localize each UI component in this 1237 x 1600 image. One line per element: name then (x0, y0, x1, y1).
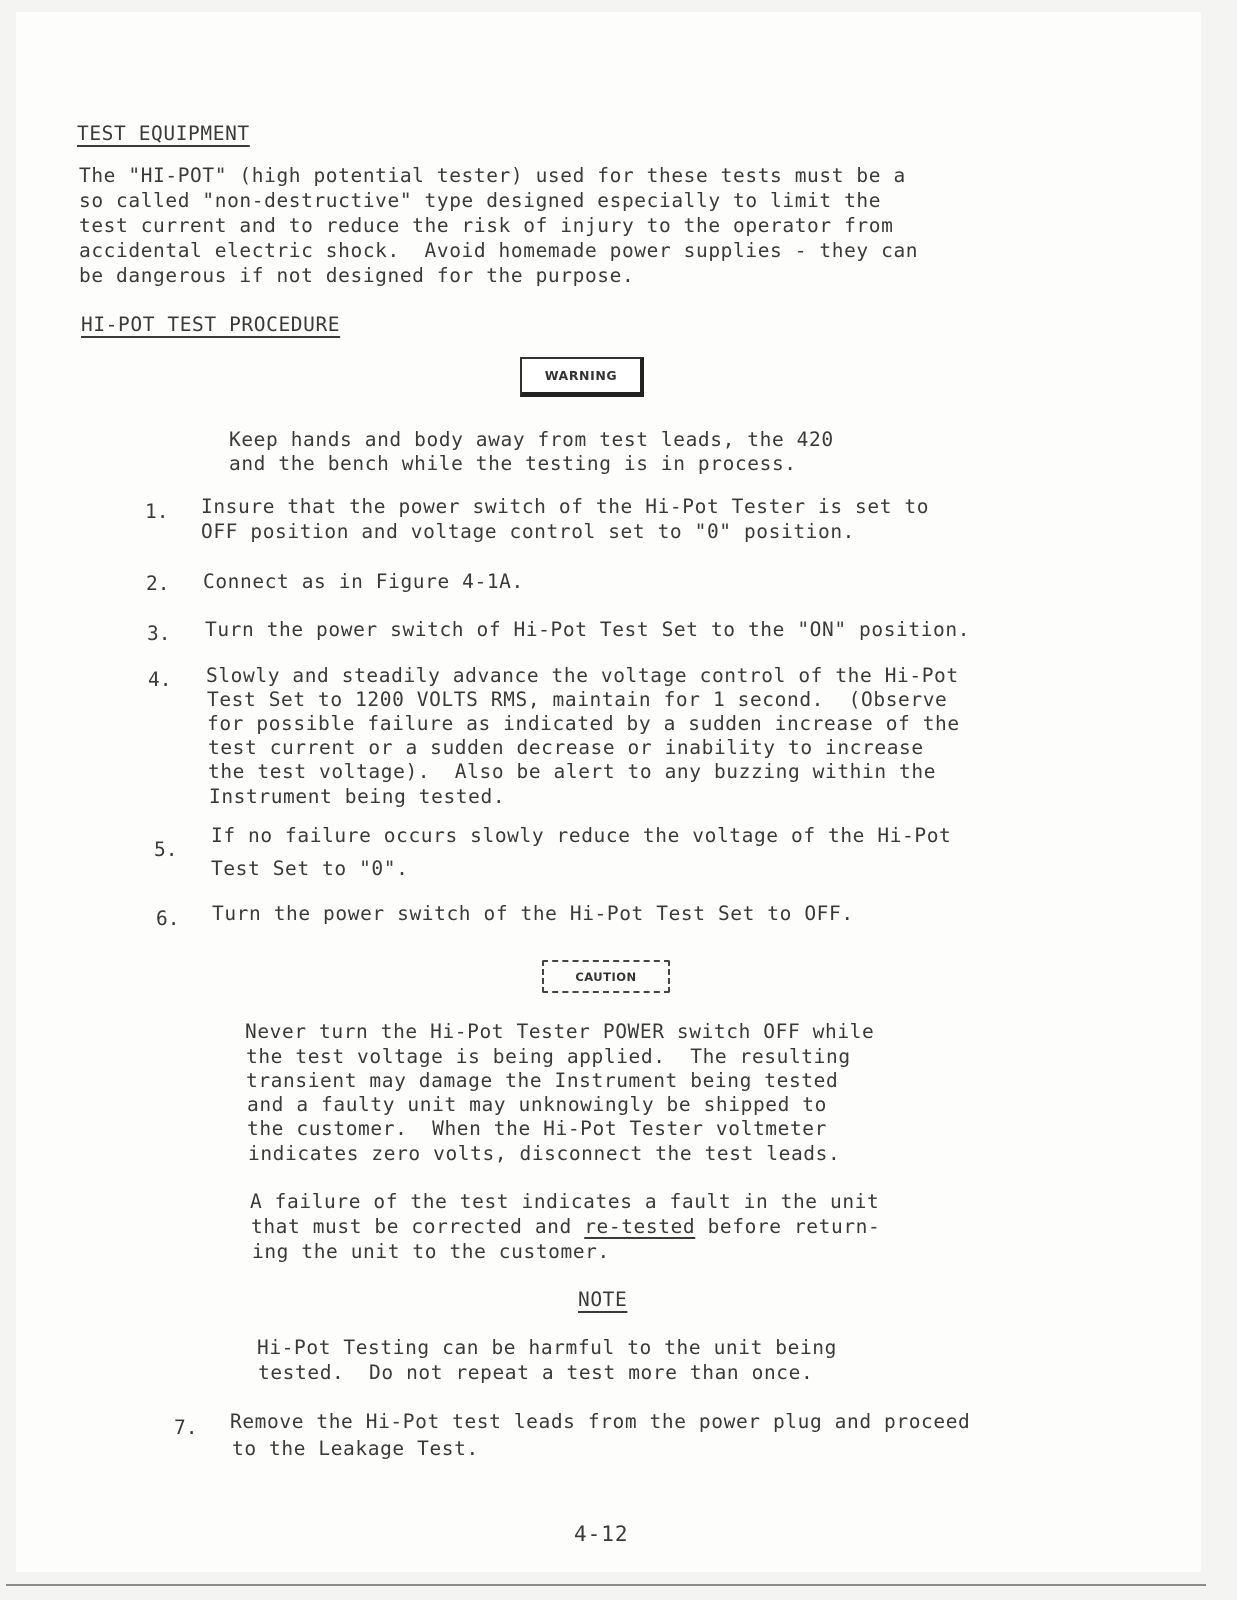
section-heading-hipot-procedure: HI-POT TEST PROCEDURE (81, 313, 340, 338)
failure-line: A failure of the test indicates a fault … (250, 1190, 879, 1215)
paragraph-line: be dangerous if not designed for the pur… (79, 264, 634, 289)
step-line: Connect as in Figure 4-1A. (203, 570, 524, 595)
caution-label-box: CAUTION (542, 960, 670, 993)
paragraph-line: The "HI-POT" (high potential tester) use… (79, 164, 906, 189)
step-line: for possible failure as indicated by a s… (207, 712, 960, 737)
caution-line: the test voltage is being applied. The r… (246, 1045, 851, 1070)
warning-line: Keep hands and body away from test leads… (229, 428, 834, 453)
step-line: OFF position and voltage control set to … (201, 520, 855, 545)
step-line: Turn the power switch of the Hi-Pot Test… (212, 902, 854, 927)
step-line: Insure that the power switch of the Hi-P… (201, 495, 929, 520)
step-line: to the Leakage Test. (232, 1437, 479, 1462)
step-line: Remove the Hi-Pot test leads from the po… (230, 1410, 970, 1435)
failure-line: that must be corrected and re-tested bef… (251, 1215, 880, 1240)
failure-line-text: before return- (695, 1215, 880, 1238)
step-line: Test Set to "0". (211, 857, 408, 882)
step-number: 2. (146, 572, 169, 597)
note-line: tested. Do not repeat a test more than o… (258, 1361, 813, 1386)
section-heading-test-equipment: TEST EQUIPMENT (77, 122, 250, 147)
step-line: test current or a sudden decrease or ina… (208, 736, 924, 761)
caution-label: CAUTION (575, 970, 636, 984)
step-line: Instrument being tested. (209, 785, 505, 810)
paragraph-line: so called "non-destructive" type designe… (79, 189, 881, 214)
step-number: 7. (174, 1416, 197, 1441)
note-line: Hi-Pot Testing can be harmful to the uni… (257, 1336, 837, 1361)
paragraph-line: test current and to reduce the risk of i… (79, 214, 893, 239)
caution-line: and a faulty unit may unknowingly be shi… (247, 1093, 827, 1118)
step-line: the test voltage). Also be alert to any … (208, 760, 936, 785)
caution-line: indicates zero volts, disconnect the tes… (248, 1142, 840, 1167)
page-bottom-rule (6, 1584, 1206, 1586)
caution-line: Never turn the Hi-Pot Tester POWER switc… (245, 1020, 874, 1045)
step-line: Slowly and steadily advance the voltage … (206, 664, 959, 689)
caution-line: transient may damage the Instrument bein… (246, 1069, 838, 1094)
paragraph-line: accidental electric shock. Avoid homemad… (79, 239, 918, 264)
caution-line: the customer. When the Hi-Pot Tester vol… (247, 1117, 827, 1142)
warning-line: and the bench while the testing is in pr… (229, 452, 797, 477)
step-line: Test Set to 1200 VOLTS RMS, maintain for… (207, 688, 947, 713)
step-number: 5. (154, 838, 177, 863)
retested-emphasis: re-tested (584, 1215, 695, 1238)
warning-label: WARNING (545, 368, 618, 383)
page-number: 4-12 (574, 1522, 629, 1546)
step-line: Turn the power switch of Hi-Pot Test Set… (205, 618, 970, 643)
failure-line-text: that must be corrected and (251, 1215, 584, 1238)
step-number: 3. (147, 622, 170, 647)
step-number: 1. (145, 500, 168, 525)
step-line: If no failure occurs slowly reduce the v… (211, 824, 951, 849)
step-number: 4. (148, 668, 171, 693)
note-heading: NOTE (578, 1288, 627, 1313)
failure-line: ing the unit to the customer. (252, 1240, 610, 1265)
step-number: 6. (156, 907, 179, 932)
warning-label-box: WARNING (520, 357, 644, 397)
